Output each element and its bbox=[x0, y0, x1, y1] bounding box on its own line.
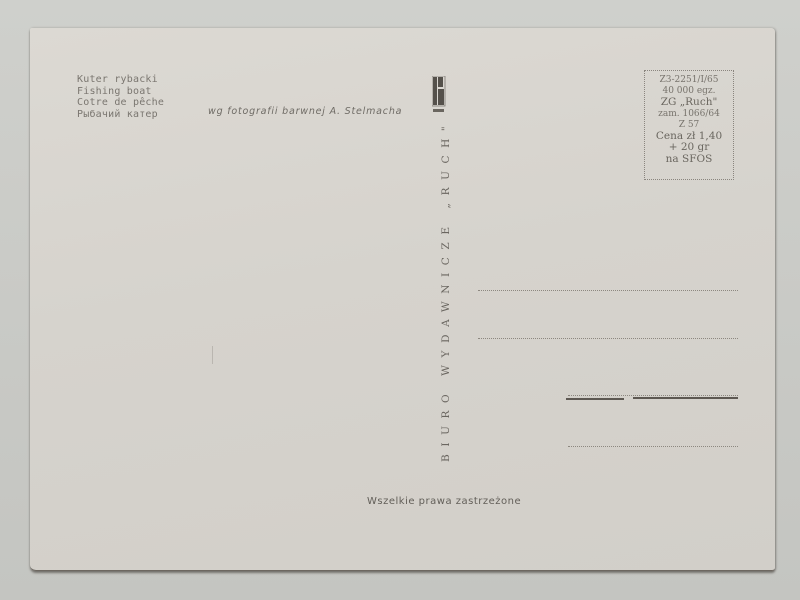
stamp-line-surcharge: + 20 gr bbox=[645, 142, 733, 154]
address-line-1 bbox=[478, 290, 738, 291]
address-line-3-solid-right bbox=[633, 397, 738, 399]
stamp-info: Z3-2251/I/65 40 000 egz. ZG „Ruch" zam. … bbox=[645, 75, 733, 165]
address-line-3-dots bbox=[568, 395, 738, 396]
photo-credit: wg fotografii barwnej A. Stelmacha bbox=[208, 106, 402, 117]
address-line-4 bbox=[568, 446, 738, 447]
publisher-vertical-text: BIURO WYDAWNICZE „RUCH" bbox=[440, 119, 452, 462]
paper-mark bbox=[212, 346, 213, 364]
stamp-line-sfos: na SFOS bbox=[645, 154, 733, 166]
address-line-3-solid-left bbox=[566, 398, 624, 400]
stamp-line-code: Z3-2251/I/65 bbox=[645, 75, 733, 86]
address-line-2 bbox=[478, 338, 738, 339]
stamp-line-order: zam. 1066/64 bbox=[645, 109, 733, 120]
caption-french: Cotre de pêche bbox=[77, 97, 164, 109]
stamp-box: Z3-2251/I/65 40 000 egz. ZG „Ruch" zam. … bbox=[644, 70, 734, 180]
caption-block: Kuter rybacki Fishing boat Cotre de pêch… bbox=[77, 74, 164, 120]
caption-polish: Kuter rybacki bbox=[77, 74, 164, 86]
stamp-line-publisher: ZG „Ruch" bbox=[645, 97, 733, 109]
stamp-line-z: Z 57 bbox=[645, 120, 733, 131]
rights-notice: Wszelkie prawa zastrzeżone bbox=[367, 496, 521, 507]
caption-russian: Рыбачий катер bbox=[77, 109, 164, 121]
postcard: Kuter rybacki Fishing boat Cotre de pêch… bbox=[30, 28, 775, 571]
caption-english: Fishing boat bbox=[77, 86, 164, 98]
ruch-logo-icon bbox=[432, 76, 446, 114]
